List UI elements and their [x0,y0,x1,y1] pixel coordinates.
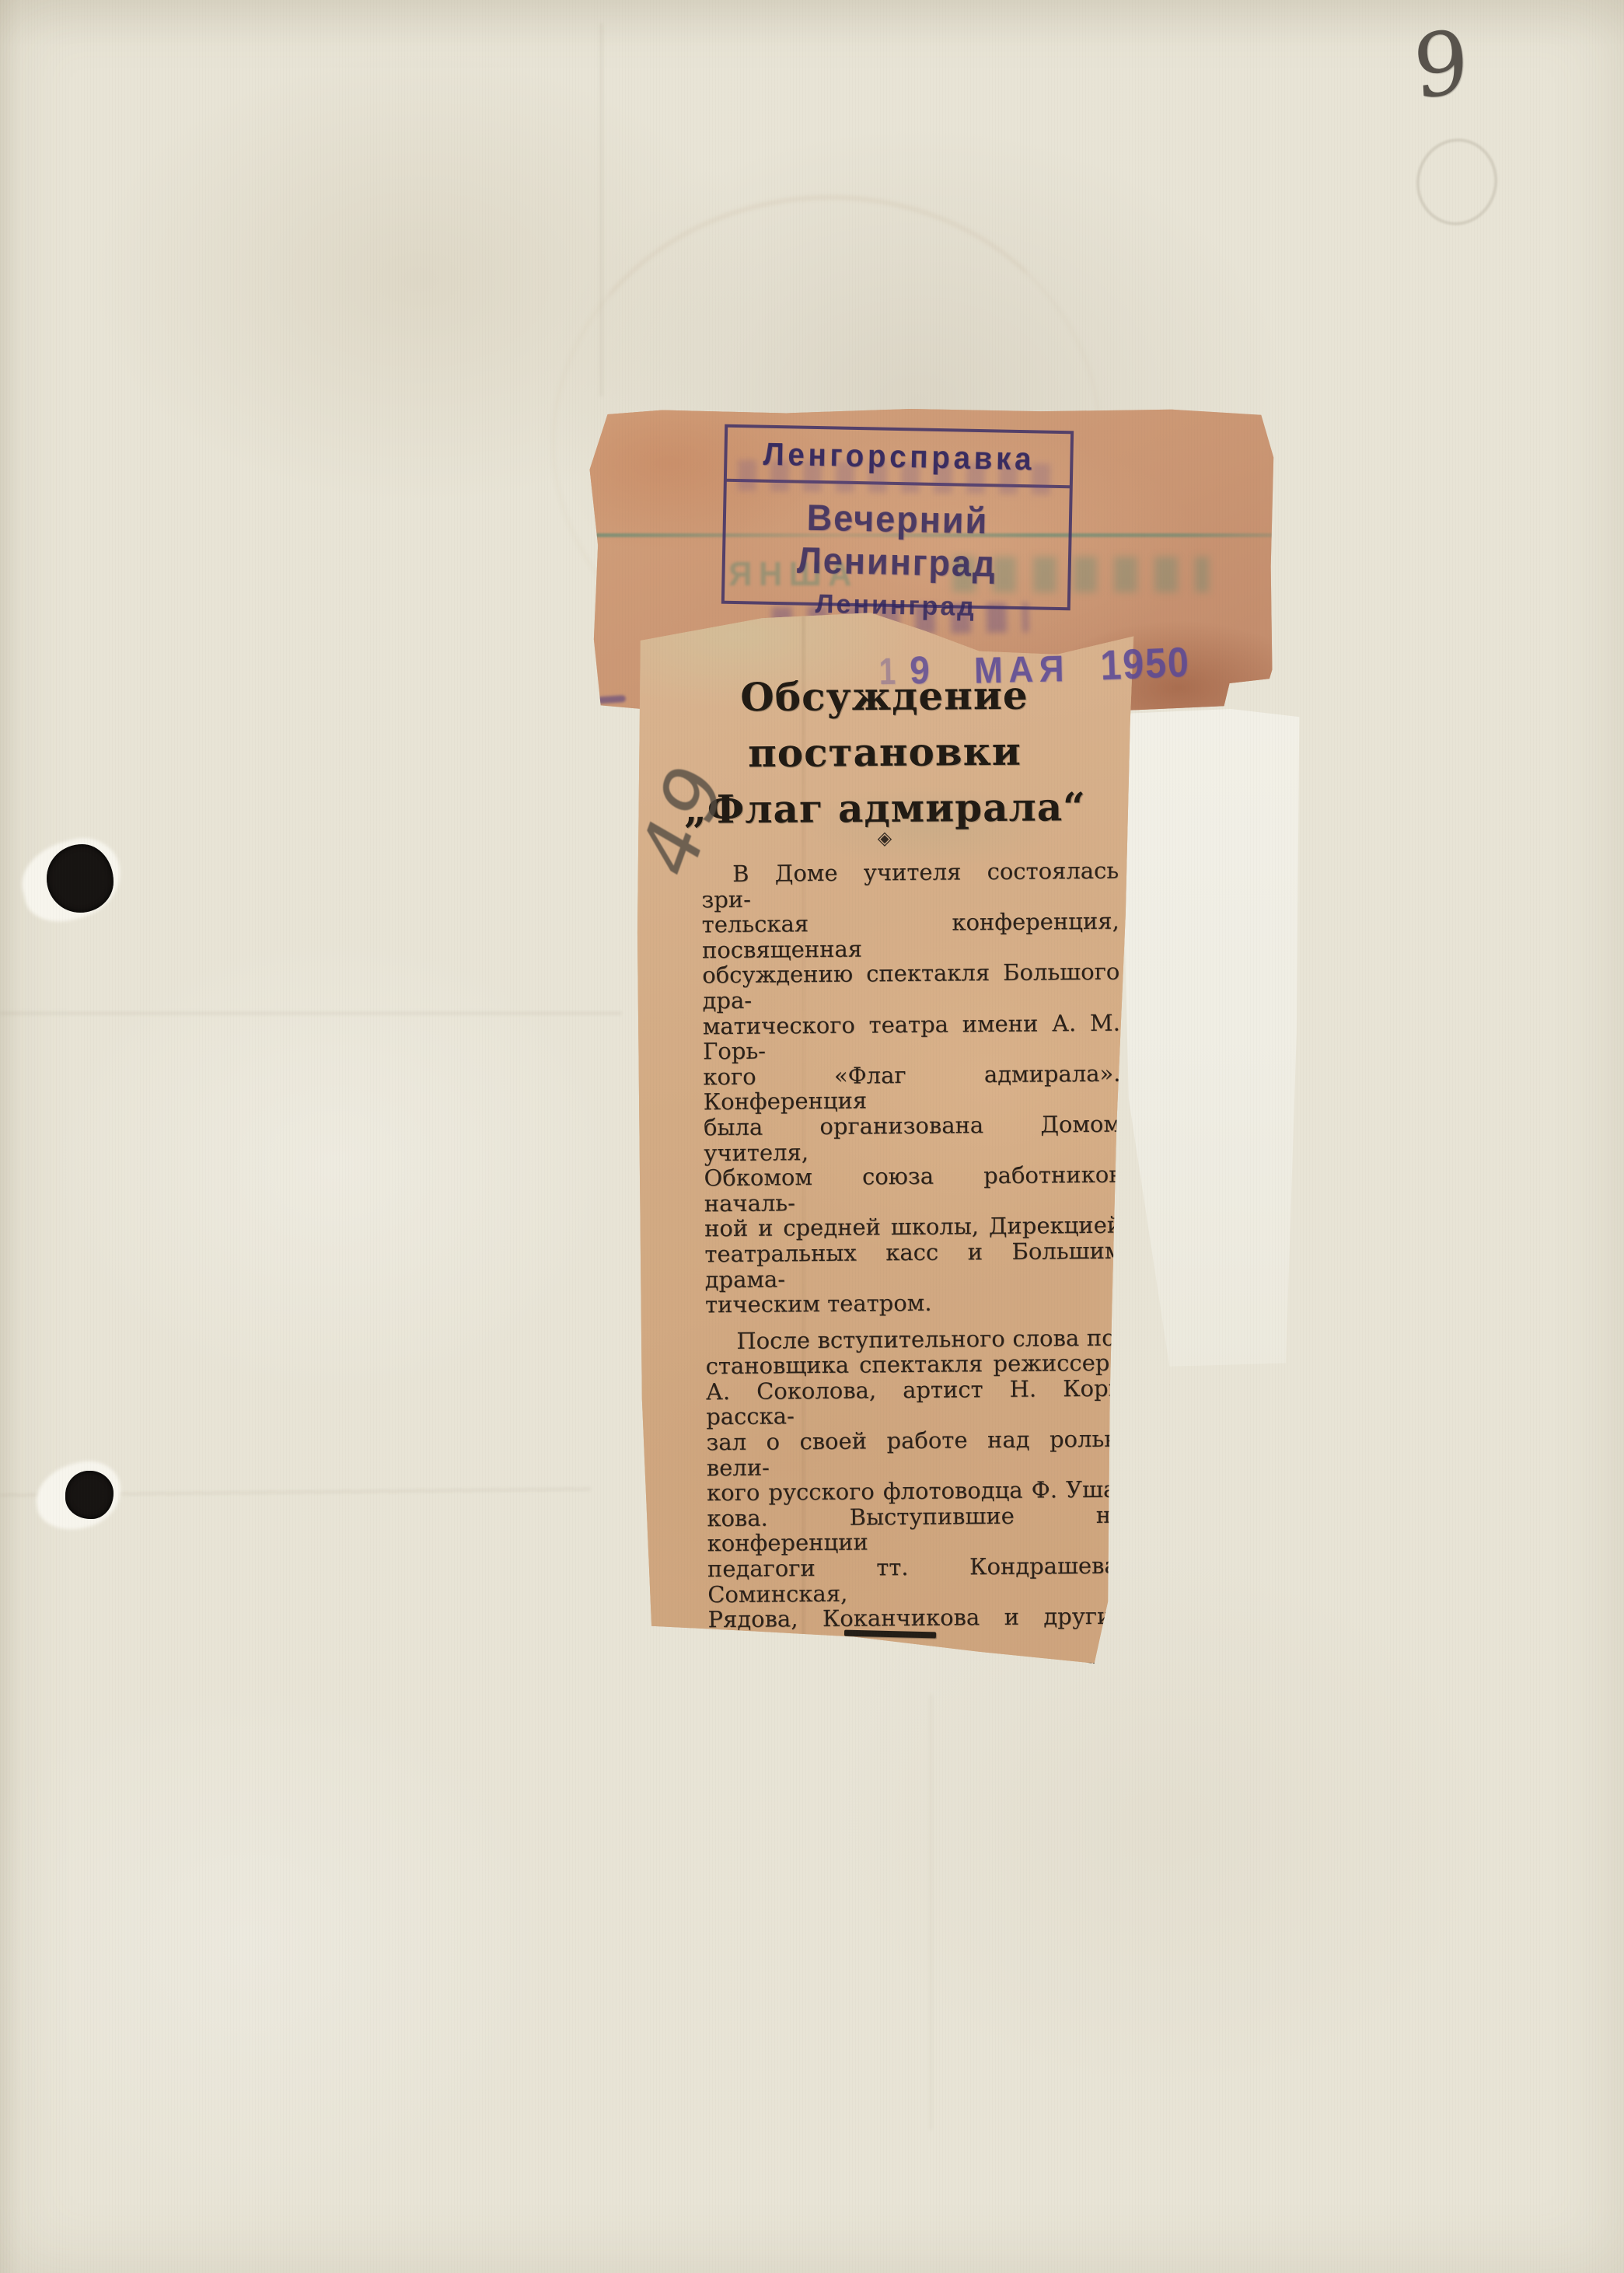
text-line: заны сцены из спектаклей «Флаг [709,1766,1126,1795]
newspaper-clipping: Обсуждение постановки „Флаг адмирала“ ◈ … [636,603,1140,1670]
article-body: В Доме учителя состоялась зри- тельская … [701,858,1129,2034]
punch-hole [22,830,138,931]
text-line: зал о своей работе над ролью вели- [706,1426,1124,1481]
date-month: МАЯ [973,647,1070,692]
punch-hole [36,1455,137,1541]
ink-smudge [582,695,626,705]
text-line: служенных артистов РСФСР О. Ка- [711,1919,1129,1973]
stamp-newspaper-name: Вечерний Ленинград [732,494,1062,586]
faint-pencil-mark [1408,131,1505,232]
paragraph: После вступительного слова по- становщик… [705,1325,1126,1709]
text-line: зико и Е. Никитиной, артиста [711,1969,1128,1998]
date-day-digit: 9 [909,648,930,693]
date-year: 1950 [1100,638,1192,690]
lengorspravka-stamp: Ленгорсправка Вечерний Ленинград Ленингр… [721,424,1074,611]
paragraph: В Доме учителя состоялась зри- тельская … [701,858,1123,1318]
text-line: стием народных артистов РСФСР [710,1868,1127,1897]
paper-crease [0,1012,622,1014]
text-line: ки» и «Сердце не камень» с уча- [710,1842,1127,1871]
handwritten-page-number: 9 [1411,19,1471,113]
stamp-agency-name: Ленгорсправка [763,435,1035,477]
text-line: кова. Выступившие на конференции [707,1502,1125,1556]
text-line: тельская конференция, посвященная [702,909,1120,963]
date-stamp: 1 9 МАЯ 1950 [876,639,1196,694]
text-line: была организована Домом учителя, [704,1112,1122,1166]
punch-hole-opening [65,1471,114,1519]
paper-crease [600,23,602,396]
text-line: матического театра имени А. М. Горь- [703,1010,1121,1064]
text-line: тическим театром. [705,1289,1123,1318]
text-line: Н. Корна и других. [711,1995,1129,2023]
text-line: Рядова, Коканчикова и другие дали [707,1604,1126,1658]
text-line: А. Соколова, артист Н. Корн расска- [706,1376,1124,1430]
text-line: спектаклю положительную оценку. [708,1654,1126,1709]
text-line: кого «Флаг адмирала». Конференция [703,1060,1121,1115]
punch-hole-opening [47,844,114,913]
paper-crease [930,1695,932,2130]
text-line: Обкомом союза работников началь- [704,1162,1122,1217]
text-line: В Доме учителя состоялась зри- [701,858,1119,913]
headline-line-2: постановки [659,723,1110,782]
paragraph: В заключение вечера были пока- заны сцен… [709,1716,1129,2023]
text-line: Е. Грановской и В. Софронова, за- [711,1893,1128,1922]
text-line: педагоги тт. Кондрашева, Соминская, [707,1553,1126,1608]
text-line: театральных касс и Большим драма- [704,1238,1123,1293]
archive-page-scan: 9 ЯНША Ленгорсправка Вечерний Ленинград … [0,0,1624,2273]
text-line: адмирала», «Чужая тень», «Дачни- [709,1792,1127,1846]
date-day-digit: 1 [878,651,896,693]
white-paper-strip [1123,709,1303,1370]
text-line: обсуждению спектакля Большого дра- [702,959,1120,1014]
text-line: В заключение вечера были пока- [709,1716,1127,1770]
